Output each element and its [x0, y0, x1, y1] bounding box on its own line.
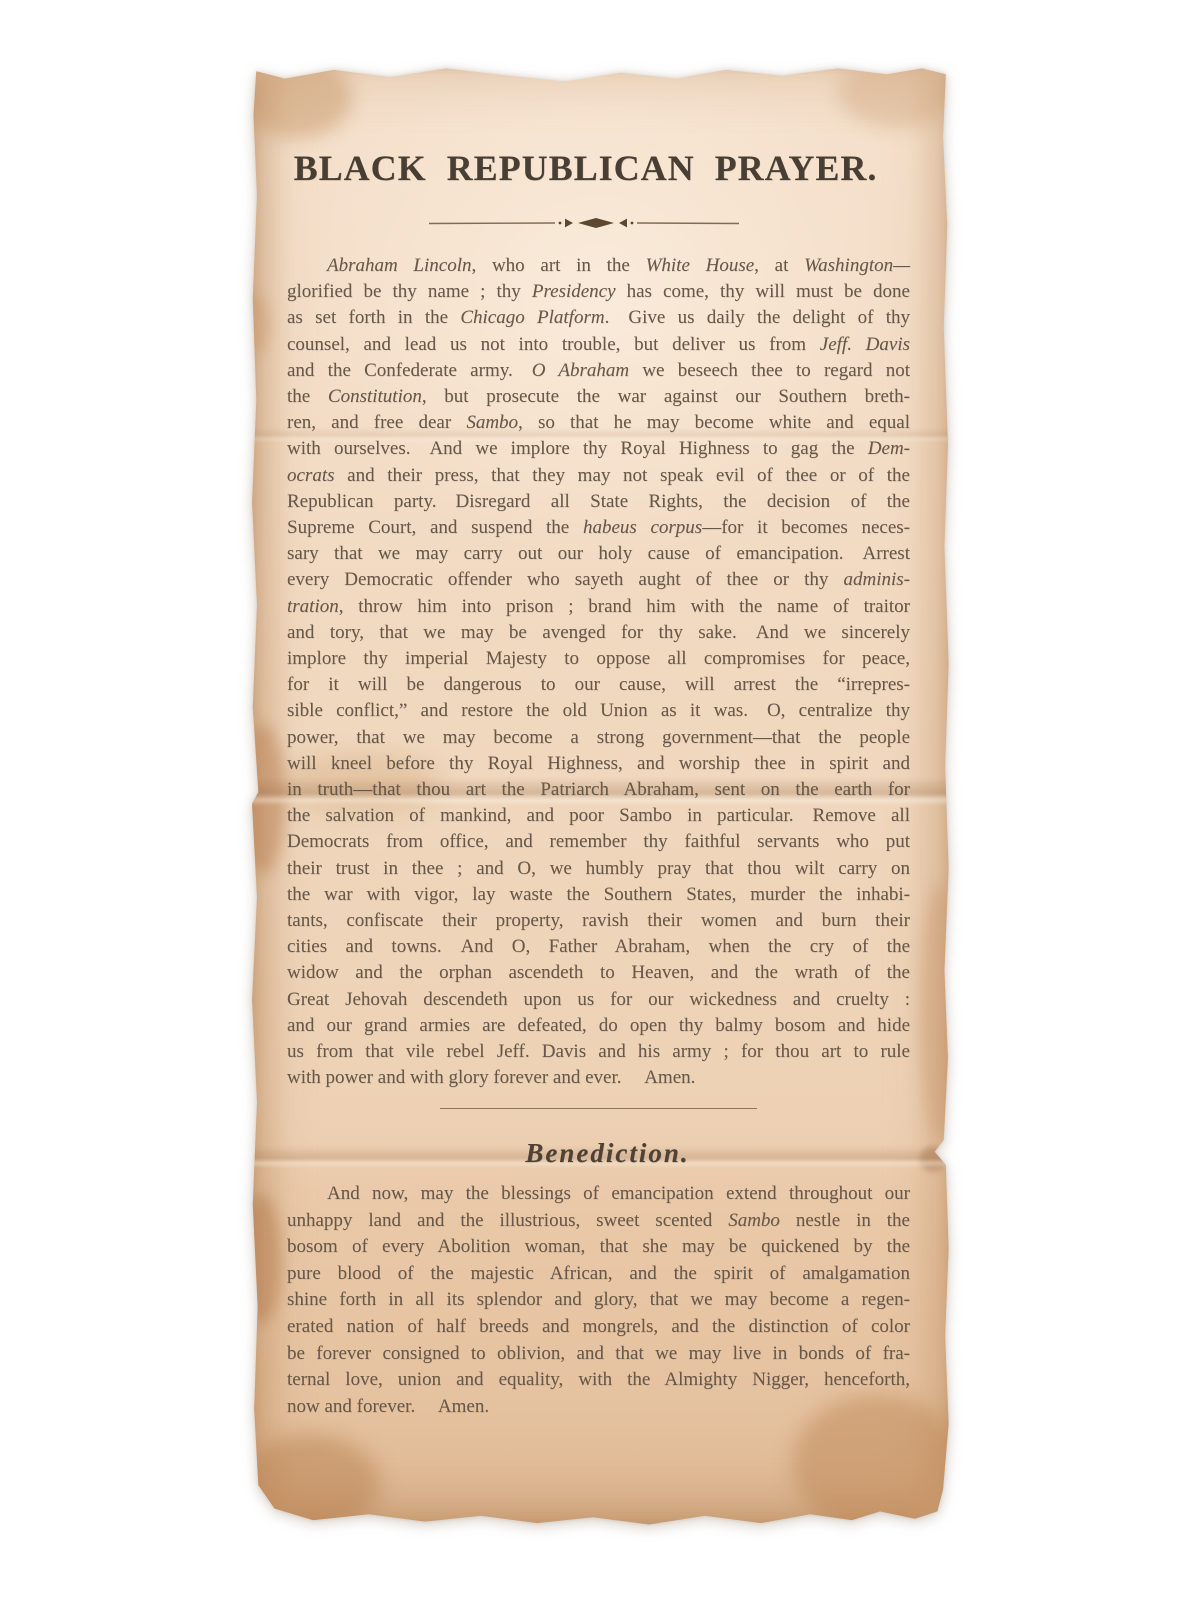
- text-line: And now, may the blessings of emancipati…: [287, 1181, 910, 1208]
- text-line: Abraham Lincoln, who art in the White Ho…: [287, 253, 910, 279]
- text-line: ocrats and their press, that they may no…: [287, 463, 910, 489]
- text-line: power, that we may become a strong gover…: [287, 725, 910, 751]
- text-line: bosom of every Abolition woman, that she…: [287, 1234, 910, 1261]
- text-line: sible conflict,” and restore the old Uni…: [287, 698, 910, 724]
- benediction-text: And now, may the blessings of emancipati…: [287, 1181, 910, 1420]
- paper-stain: [238, 724, 286, 874]
- text-line: the salvation of mankind, and poor Sambo…: [287, 803, 910, 829]
- text-line: shine forth in all its splendor and glor…: [287, 1287, 910, 1314]
- broadside-photo: BLACK REPUBLICAN PRAYER. Abraham Lincoln…: [250, 64, 950, 1526]
- text-line: and the Confederate army. O Abraham we b…: [287, 358, 910, 384]
- text-line: widow and the orphan ascendeth to Heaven…: [287, 960, 910, 986]
- text-line: as set forth in the Chicago Platform. Gi…: [287, 305, 910, 331]
- text-line: counsel, and lead us not into trouble, b…: [287, 332, 910, 358]
- paper-stain: [240, 1194, 282, 1324]
- text-line: sary that we may carry out our holy caus…: [287, 541, 910, 567]
- text-line: Democrats from office, and remember thy …: [287, 829, 910, 855]
- text-line: Great Jehovah descendeth upon us for our…: [287, 987, 910, 1013]
- text-line: in truth—that thou art the Patriarch Abr…: [287, 777, 910, 803]
- paper-stain: [920, 884, 960, 1144]
- text-line: their trust in thee ; and O, we humbly p…: [287, 856, 910, 882]
- text-line: be forever consigned to oblivion, and th…: [287, 1341, 910, 1368]
- text-line: cities and towns. And O, Father Abraham,…: [287, 934, 910, 960]
- broadside-paper: BLACK REPUBLICAN PRAYER. Abraham Lincoln…: [250, 64, 950, 1526]
- text-line: ternal love, union and equality, with th…: [287, 1367, 910, 1394]
- text-line: now and forever. Amen.: [287, 1394, 910, 1421]
- text-line: tants, confiscate their property, ravish…: [287, 908, 910, 934]
- text-line: with power and with glory forever and ev…: [287, 1065, 910, 1091]
- text-line: glorified be thy name ; thy Presidency h…: [287, 279, 910, 305]
- paper-stain: [920, 1146, 946, 1172]
- text-column: BLACK REPUBLICAN PRAYER. Abraham Lincoln…: [287, 64, 910, 1526]
- ornament-divider: [272, 215, 895, 236]
- text-line: will kneel before thy Royal Highness, an…: [287, 751, 910, 777]
- text-line: erated nation of half breeds and mongrel…: [287, 1314, 910, 1341]
- document-title: BLACK REPUBLICAN PRAYER.: [274, 150, 897, 186]
- text-line: unhappy land and the illustrious, sweet …: [287, 1208, 910, 1235]
- text-line: the Constitution, but prosecute the war …: [287, 384, 910, 410]
- text-line: and tory, that we may be avenged for thy…: [287, 620, 910, 646]
- paper-stain: [244, 294, 270, 354]
- divider-graphic: [429, 215, 739, 231]
- text-line: implore thy imperial Majesty to oppose a…: [287, 646, 910, 672]
- text-line: Supreme Court, and suspend the habeus co…: [287, 515, 910, 541]
- text-line: us from that vile rebel Jeff. Davis and …: [287, 1039, 910, 1065]
- text-line: the war with vigor, lay waste the Southe…: [287, 882, 910, 908]
- text-line: tration, throw him into prison ; brand h…: [287, 594, 910, 620]
- prayer-text: Abraham Lincoln, who art in the White Ho…: [287, 253, 910, 1092]
- text-line: Republican party. Disregard all State Ri…: [287, 489, 910, 515]
- text-line: for it will be dangerous to our cause, w…: [287, 672, 910, 698]
- text-line: and our grand armies are defeated, do op…: [287, 1013, 910, 1039]
- text-line: every Democratic offender who sayeth aug…: [287, 567, 910, 593]
- section-divider-rule: [440, 1108, 757, 1109]
- benediction-heading: Benediction.: [296, 1138, 919, 1169]
- text-line: with ourselves. And we implore thy Royal…: [287, 436, 910, 462]
- text-line: pure blood of the majestic African, and …: [287, 1261, 910, 1288]
- text-line: ren, and free dear Sambo, so that he may…: [287, 410, 910, 436]
